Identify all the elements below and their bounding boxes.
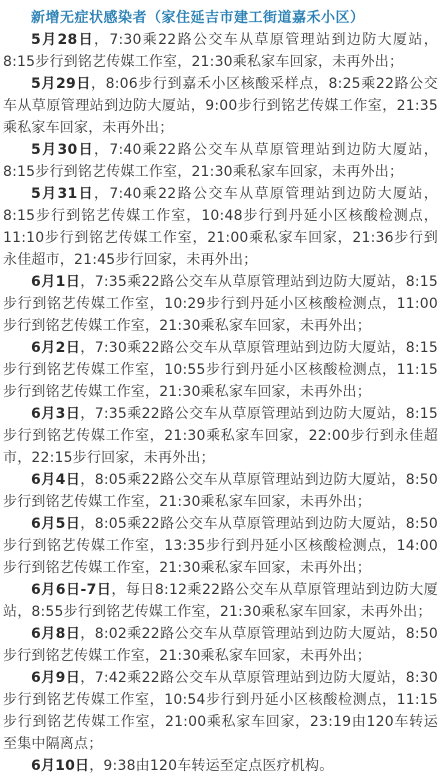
entry-date: 6月1日 xyxy=(31,274,80,290)
entry-date: 5月29日 xyxy=(31,76,91,92)
itinerary-entry: 5月30日，7:40乘22路公交车从草原管理站到边防大厦站，8:15步行到铭艺传… xyxy=(3,139,438,183)
entry-date: 6月6日-7日 xyxy=(31,582,111,598)
itinerary-entry: 6月1日，7:35乘22路公交车从草原管理站到边防大厦站，8:15步行到铭艺传媒… xyxy=(3,271,438,337)
itinerary-entry: 6月9日，7:42乘22路公交车从草原管理站到边防大厦站，8:30步行到铭艺传媒… xyxy=(3,667,438,755)
entry-date: 6月3日 xyxy=(31,406,80,422)
itinerary-entry: 5月28日，7:30乘22路公交车从草原管理站到边防大厦站，8:15步行到铭艺传… xyxy=(3,29,438,73)
itinerary-list: 5月28日，7:30乘22路公交车从草原管理站到边防大厦站，8:15步行到铭艺传… xyxy=(3,29,438,777)
entry-date: 6月8日 xyxy=(31,626,80,642)
itinerary-entry: 5月29日，8:06步行到嘉禾小区核酸采样点，8:25乘22路公交车从草原管理站… xyxy=(3,73,438,139)
itinerary-entry: 6月6日-7日，每日8:12乘22路公交车从草原管理站到边防大厦站，8:55步行… xyxy=(3,579,438,623)
article-title: 新增无症状感染者（家住延吉市建工街道嘉禾小区） xyxy=(3,7,438,29)
entry-date: 6月10日 xyxy=(31,758,89,774)
itinerary-entry: 5月31日，7:40乘22路公交车从草原管理站到边防大厦站，8:15步行到铭艺传… xyxy=(3,183,438,271)
entry-text: ，9:38由120车转运至定点医疗机构。 xyxy=(89,758,333,774)
entry-date: 6月2日 xyxy=(31,340,80,356)
entry-date: 5月30日 xyxy=(31,142,94,158)
itinerary-entry: 6月10日，9:38由120车转运至定点医疗机构。 xyxy=(3,755,438,777)
itinerary-entry: 6月4日，8:05乘22路公交车从草原管理站到边防大厦站，8:50步行到铭艺传媒… xyxy=(3,469,438,513)
entry-date: 5月31日 xyxy=(31,186,94,202)
entry-date: 5月28日 xyxy=(31,32,94,48)
itinerary-entry: 6月8日，8:02乘22路公交车从草原管理站到边防大厦站，8:50步行到铭艺传媒… xyxy=(3,623,438,667)
entry-date: 6月9日 xyxy=(31,670,80,686)
entry-date: 6月4日 xyxy=(31,472,80,488)
entry-date: 6月5日 xyxy=(31,516,80,532)
itinerary-entry: 6月5日，8:05乘22路公交车从草原管理站到边防大厦站，8:50步行到铭艺传媒… xyxy=(3,513,438,579)
itinerary-entry: 6月3日，7:35乘22路公交车从草原管理站到边防大厦站，8:15步行到铭艺传媒… xyxy=(3,403,438,469)
itinerary-entry: 6月2日，7:30乘22路公交车从草原管理站到边防大厦站，8:15步行到铭艺传媒… xyxy=(3,337,438,403)
article-page: 新增无症状感染者（家住延吉市建工街道嘉禾小区） 5月28日，7:30乘22路公交… xyxy=(0,0,442,783)
